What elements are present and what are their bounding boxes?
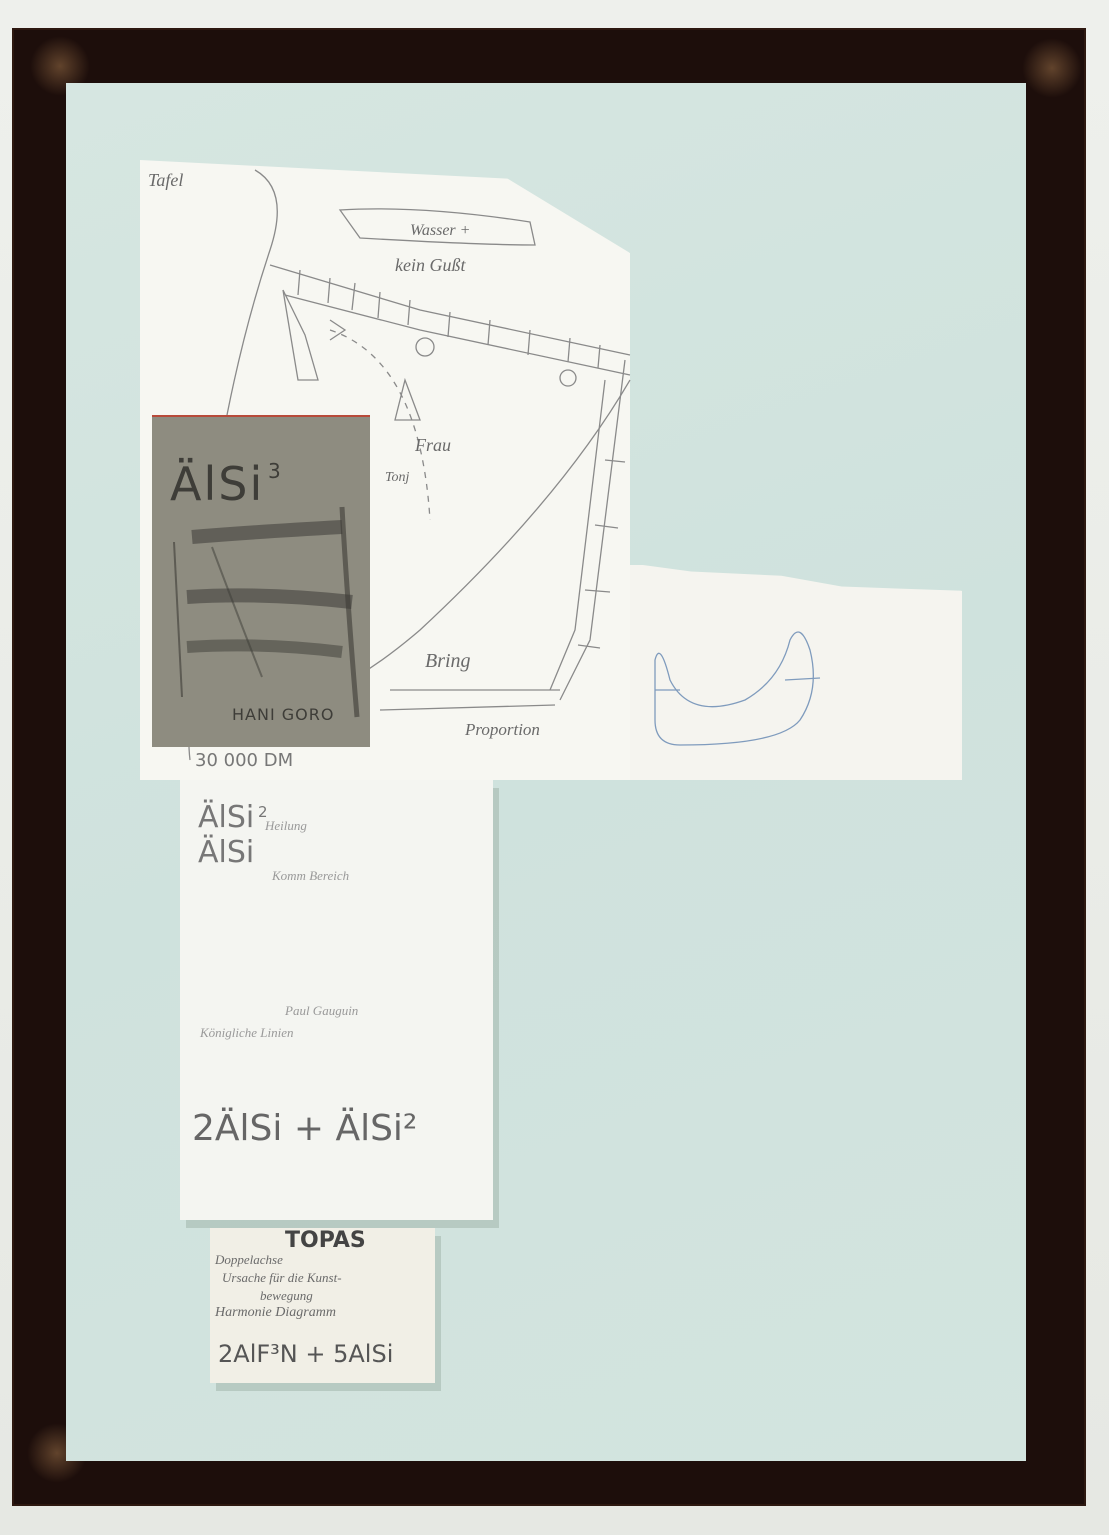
note-bring: Bring: [425, 650, 471, 673]
mid-note-heilung: Heilung: [265, 818, 307, 834]
gray-card-collage: ÄlSi 3 HANI GORO: [152, 415, 370, 747]
mid-note-bereich: Komm Bereich: [272, 868, 349, 884]
note-proportion: Proportion: [465, 720, 540, 740]
gray-card-footer: HANI GORO: [232, 705, 334, 724]
mid-formula-1: ÄlSi: [198, 800, 254, 835]
topas-title: TOPAS: [285, 1228, 366, 1253]
topas-line-2: Ursache für die Kunst-: [222, 1270, 342, 1286]
note-kein-gusst: kein Gußt: [395, 255, 465, 276]
note-frau: Frau: [415, 435, 451, 456]
mid-equation: 2ÄlSi + ÄlSi²: [192, 1108, 417, 1149]
pencil-drawing-lines: [0, 0, 1109, 1535]
topas-line-4: Harmonie Diagramm: [215, 1305, 336, 1321]
topas-line-3: bewegung: [260, 1288, 313, 1304]
mid-note-gauguin: Paul Gauguin: [285, 1003, 358, 1019]
note-wasser: Wasser +: [410, 222, 470, 240]
topas-line-1: Doppelachse: [215, 1252, 283, 1268]
topas-equation: 2AlF³N + 5AlSi: [218, 1340, 393, 1368]
gray-card-formula: ÄlSi: [170, 457, 264, 511]
note-price: 30 000 DM: [195, 750, 293, 771]
gray-card-superscript: 3: [268, 459, 281, 483]
note-tafel: Tafel: [148, 170, 183, 191]
mid-formula-2: ÄlSi: [198, 835, 254, 870]
mid-note-linien: Königliche Linien: [200, 1025, 294, 1041]
note-tonj: Tonj: [385, 470, 409, 486]
